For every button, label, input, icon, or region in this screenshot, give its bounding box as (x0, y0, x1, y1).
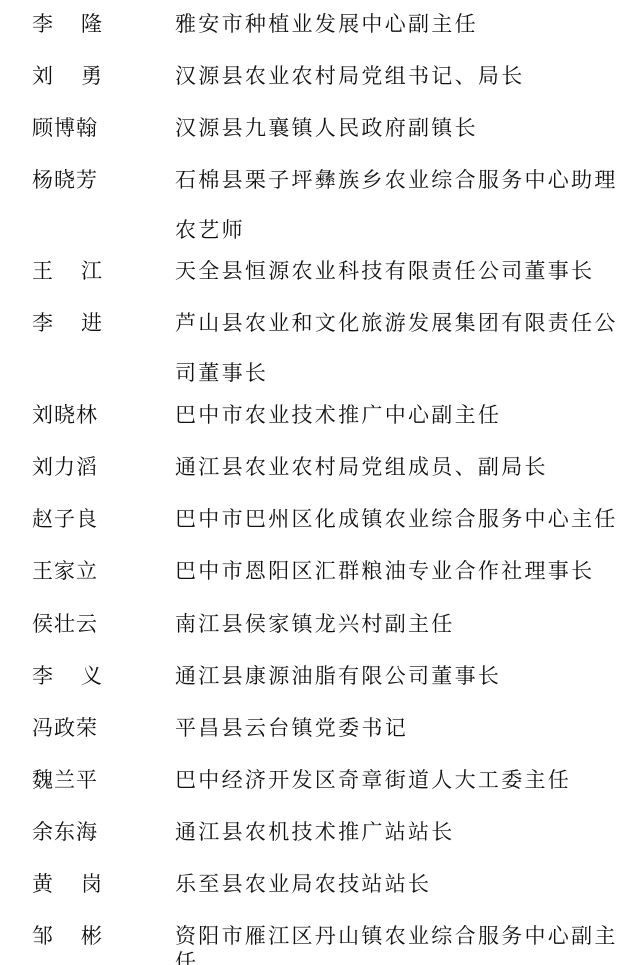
person-title: 雅安市种植业发展中心副主任 (175, 11, 630, 37)
person-name: 杨晓芳 (32, 167, 102, 193)
person-name-char: 黄 (32, 871, 53, 897)
person-name-char: 刘 (32, 63, 53, 89)
person-name-char: 政 (54, 715, 76, 741)
person-title-line: 巴中市巴州区化成镇农业综合服务中心主任 (175, 506, 630, 532)
person-name-char: 良 (76, 506, 98, 532)
person-title-line: 南江县侯家镇龙兴村副主任 (175, 611, 630, 637)
person-name: 邹彬 (32, 923, 102, 949)
person-name-char: 王 (32, 258, 53, 284)
person-title: 石棉县栗子坪彝族乡农业综合服务中心助理农艺师 (175, 167, 630, 243)
person-name-char: 兰 (54, 767, 76, 793)
person-title-line: 巴中市恩阳区汇群粮油专业合作社理事长 (175, 558, 630, 584)
person-name-char: 侯 (32, 611, 54, 637)
person-title: 平昌县云台镇党委书记 (175, 715, 630, 741)
person-name-char: 云 (76, 611, 98, 637)
person-title-line: 芦山县农业和文化旅游发展集团有限责任公 (175, 310, 630, 336)
person-name: 刘力滔 (32, 454, 102, 480)
person-title-line: 资阳市雁江区丹山镇农业综合服务中心副主任 (175, 923, 630, 949)
person-name-char: 海 (76, 819, 98, 845)
person-name-char: 彬 (81, 923, 102, 949)
person-title: 南江县侯家镇龙兴村副主任 (175, 611, 630, 637)
person-title-line: 巴中经济开发区奇章街道人大工委主任 (175, 767, 630, 793)
person-title-line: 农艺师 (175, 217, 630, 243)
person-name-char: 子 (54, 506, 76, 532)
person-name-char: 晓 (54, 167, 76, 193)
person-name: 黄岗 (32, 871, 102, 897)
person-title: 芦山县农业和文化旅游发展集团有限责任公司董事长 (175, 310, 630, 386)
person-name-char: 李 (32, 11, 53, 37)
person-name-char: 家 (54, 558, 76, 584)
person-title-line: 乐至县农业局农技站站长 (175, 871, 630, 897)
person-name-char: 力 (54, 454, 76, 480)
person-name-char: 魏 (32, 767, 54, 793)
person-name-char: 刘 (32, 454, 54, 480)
person-name: 侯壮云 (32, 611, 102, 637)
person-name-char: 邹 (32, 923, 53, 949)
person-name-char: 进 (81, 310, 102, 336)
person-name: 李义 (32, 663, 102, 689)
person-name-char: 林 (76, 402, 98, 428)
person-title-line: 通江县农机技术推广站站长 (175, 819, 630, 845)
person-title-line: 巴中市农业技术推广中心副主任 (175, 402, 630, 428)
person-name: 魏兰平 (32, 767, 102, 793)
person-name: 李隆 (32, 11, 102, 37)
person-name: 李进 (32, 310, 102, 336)
person-name: 王江 (32, 258, 102, 284)
person-title: 汉源县九襄镇人民政府副镇长 (175, 115, 630, 141)
person-name-char: 岗 (81, 871, 102, 897)
person-name-char: 翰 (76, 115, 98, 141)
person-name: 刘晓林 (32, 402, 102, 428)
person-name-char: 江 (81, 258, 102, 284)
person-title: 资阳市雁江区丹山镇农业综合服务中心副主任 (175, 923, 630, 949)
person-title-line: 石棉县栗子坪彝族乡农业综合服务中心助理 (175, 167, 630, 193)
person-title: 通江县康源油脂有限公司董事长 (175, 663, 630, 689)
person-title-line: 司董事长 (175, 360, 630, 386)
person-name-char: 立 (76, 558, 98, 584)
person-title-line: 平昌县云台镇党委书记 (175, 715, 630, 741)
person-name-char: 博 (54, 115, 76, 141)
person-title-line: 雅安市种植业发展中心副主任 (175, 11, 630, 37)
person-name-char: 李 (32, 663, 53, 689)
person-name: 冯政荣 (32, 715, 102, 741)
person-title: 巴中经济开发区奇章街道人大工委主任 (175, 767, 630, 793)
person-name-char: 赵 (32, 506, 54, 532)
person-name-char: 晓 (54, 402, 76, 428)
person-title: 乐至县农业局农技站站长 (175, 871, 630, 897)
person-name-char: 顾 (32, 115, 54, 141)
person-name-char: 东 (54, 819, 76, 845)
person-title-line: 汉源县九襄镇人民政府副镇长 (175, 115, 630, 141)
person-name-char: 余 (32, 819, 54, 845)
person-name-char: 冯 (32, 715, 54, 741)
person-name: 王家立 (32, 558, 102, 584)
person-name-char: 义 (81, 663, 102, 689)
person-title-line: 天全县恒源农业科技有限责任公司董事长 (175, 258, 630, 284)
person-title: 汉源县农业农村局党组书记、局长 (175, 63, 630, 89)
person-title: 天全县恒源农业科技有限责任公司董事长 (175, 258, 630, 284)
person-name-char: 滔 (76, 454, 98, 480)
person-name-char: 杨 (32, 167, 54, 193)
person-name-char: 芳 (76, 167, 98, 193)
person-name-char: 平 (76, 767, 98, 793)
person-name-char: 荣 (76, 715, 98, 741)
person-name-char: 隆 (81, 11, 102, 37)
person-name-char: 李 (32, 310, 53, 336)
person-name-char: 勇 (81, 63, 102, 89)
person-name-char: 刘 (32, 402, 54, 428)
person-name: 顾博翰 (32, 115, 102, 141)
person-title-line: 通江县康源油脂有限公司董事长 (175, 663, 630, 689)
person-name-char: 王 (32, 558, 54, 584)
person-title-line: 汉源县农业农村局党组书记、局长 (175, 63, 630, 89)
person-name: 余东海 (32, 819, 102, 845)
person-name-char: 壮 (54, 611, 76, 637)
person-title: 巴中市巴州区化成镇农业综合服务中心主任 (175, 506, 630, 532)
person-title-line: 通江县农业农村局党组成员、副局长 (175, 454, 630, 480)
person-title: 通江县农机技术推广站站长 (175, 819, 630, 845)
person-title: 巴中市农业技术推广中心副主任 (175, 402, 630, 428)
person-name: 刘勇 (32, 63, 102, 89)
person-name: 赵子良 (32, 506, 102, 532)
person-title: 巴中市恩阳区汇群粮油专业合作社理事长 (175, 558, 630, 584)
person-title: 通江县农业农村局党组成员、副局长 (175, 454, 630, 480)
